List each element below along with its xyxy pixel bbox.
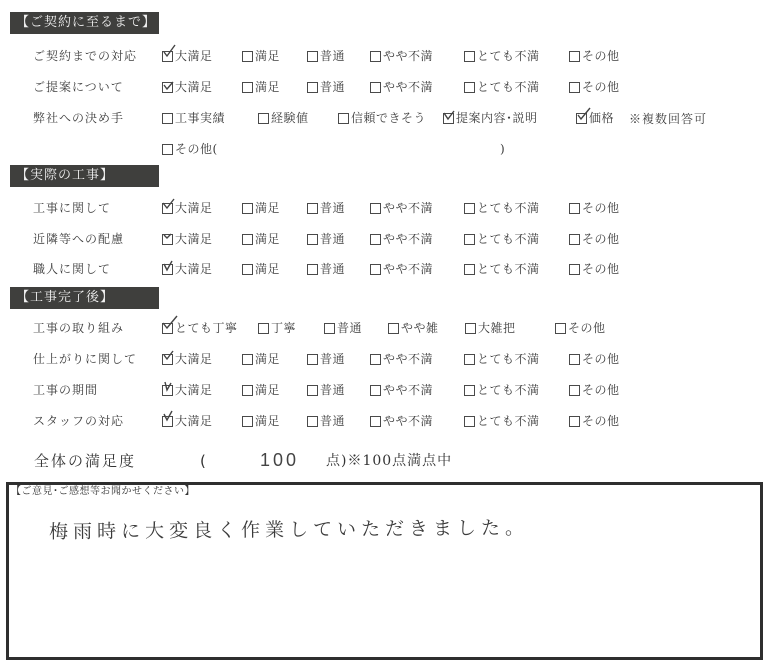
question-row-finish: 仕上がりに関して 大満足 満足 普通 やや不満 とても不満 その他 bbox=[0, 349, 768, 369]
question-row-proposal: ご提案について 大満足 満足 普通 やや不満 とても不満 その他 bbox=[0, 77, 768, 97]
checkbox-icon[interactable] bbox=[388, 323, 399, 334]
question-label: 工事の期間 bbox=[33, 380, 98, 400]
option-other[interactable]: その他 bbox=[569, 259, 620, 279]
option-satisfied[interactable]: 満足 bbox=[242, 77, 280, 97]
checkbox-icon[interactable] bbox=[338, 113, 349, 124]
option-normal[interactable]: 普通 bbox=[307, 259, 345, 279]
option-price[interactable]: 価格 bbox=[576, 108, 614, 128]
option-very-dissatisfied[interactable]: とても不満 bbox=[464, 380, 540, 400]
comments-title: 【ご意見･ご感想等お聞かせください】 bbox=[11, 485, 195, 499]
option-other[interactable]: その他 bbox=[569, 411, 620, 431]
option-other[interactable]: その他 bbox=[569, 380, 620, 400]
checkbox-icon[interactable] bbox=[370, 82, 381, 93]
option-very-dissatisfied[interactable]: とても不満 bbox=[464, 198, 540, 218]
checkbox-icon[interactable] bbox=[242, 203, 253, 214]
checkbox-checked-icon[interactable] bbox=[162, 354, 173, 365]
checkbox-icon[interactable] bbox=[307, 416, 318, 427]
checkbox-checked-icon[interactable] bbox=[162, 416, 173, 427]
option-somewhat-sloppy[interactable]: やや雑 bbox=[388, 318, 439, 338]
question-row-work-attitude: 工事の取り組み とても丁寧 丁寧 普通 やや雑 大雑把 その他 bbox=[0, 318, 768, 338]
comments-handwritten-text: 梅雨時に大変良く作業していただきました。 bbox=[49, 513, 529, 544]
option-proposal-explanation[interactable]: 提案内容･説明 bbox=[443, 108, 538, 128]
checkbox-icon[interactable] bbox=[370, 416, 381, 427]
checkbox-icon[interactable] bbox=[464, 354, 475, 365]
question-label: 工事に関して bbox=[33, 198, 111, 218]
section-header-after-completion: 【工事完了後】 bbox=[10, 287, 159, 309]
checkbox-icon[interactable] bbox=[307, 51, 318, 62]
checkbox-icon[interactable] bbox=[307, 354, 318, 365]
option-normal[interactable]: 普通 bbox=[307, 349, 345, 369]
checkbox-icon[interactable] bbox=[242, 354, 253, 365]
option-other[interactable]: その他 bbox=[569, 77, 620, 97]
checkbox-icon[interactable] bbox=[307, 82, 318, 93]
checkbox-icon[interactable] bbox=[307, 203, 318, 214]
checkbox-icon[interactable] bbox=[370, 385, 381, 396]
option-satisfied[interactable]: 満足 bbox=[242, 46, 280, 66]
option-very-careful[interactable]: とても丁寧 bbox=[162, 318, 238, 338]
checkbox-icon[interactable] bbox=[242, 234, 253, 245]
checkbox-icon[interactable] bbox=[242, 82, 253, 93]
question-row-contract-response: ご契約までの対応 大満足 満足 普通 やや不満 とても不満 その他 bbox=[0, 46, 768, 66]
option-very-satisfied[interactable]: 大満足 bbox=[162, 77, 213, 97]
question-label: スタッフの対応 bbox=[33, 411, 124, 431]
checkbox-icon[interactable] bbox=[465, 323, 476, 334]
section-header-actual-work: 【実際の工事】 bbox=[10, 165, 159, 187]
checkbox-icon[interactable] bbox=[370, 264, 381, 275]
checkbox-checked-icon[interactable] bbox=[576, 113, 587, 124]
option-somewhat-dissatisfied[interactable]: やや不満 bbox=[370, 259, 433, 279]
checkbox-icon[interactable] bbox=[569, 82, 580, 93]
option-very-satisfied[interactable]: 大満足 bbox=[162, 46, 213, 66]
question-label: ご提案について bbox=[33, 77, 124, 97]
option-very-satisfied[interactable]: 大満足 bbox=[162, 411, 213, 431]
checkbox-icon[interactable] bbox=[258, 323, 269, 334]
option-very-satisfied[interactable]: 大満足 bbox=[162, 198, 213, 218]
checkbox-icon[interactable] bbox=[324, 323, 335, 334]
checkbox-icon[interactable] bbox=[242, 385, 253, 396]
question-row-staff-response: スタッフの対応 大満足 満足 普通 やや不満 とても不満 その他 bbox=[0, 411, 768, 431]
section-header-before-contract: 【ご契約に至るまで】 bbox=[10, 12, 159, 34]
question-label: 近隣等への配慮 bbox=[33, 229, 124, 249]
option-very-satisfied[interactable]: 大満足 bbox=[162, 349, 213, 369]
option-normal[interactable]: 普通 bbox=[307, 229, 345, 249]
option-careful[interactable]: 丁寧 bbox=[258, 318, 296, 338]
question-row-craftsmen: 職人に関して 大満足 満足 普通 やや不満 とても不満 その他 bbox=[0, 259, 768, 279]
question-row-deciding-factor-other: その他( ) bbox=[0, 139, 768, 159]
question-label: 職人に関して bbox=[33, 259, 111, 279]
checkbox-icon[interactable] bbox=[555, 323, 566, 334]
option-very-satisfied[interactable]: 大満足 bbox=[162, 259, 213, 279]
other-close-paren: ) bbox=[500, 139, 505, 159]
option-somewhat-dissatisfied[interactable]: やや不満 bbox=[370, 77, 433, 97]
option-sloppy[interactable]: 大雑把 bbox=[465, 318, 516, 338]
option-experience[interactable]: 経験値 bbox=[258, 108, 309, 128]
option-other[interactable]: その他 bbox=[555, 318, 606, 338]
checkbox-checked-icon[interactable] bbox=[162, 385, 173, 396]
checkbox-icon[interactable] bbox=[370, 51, 381, 62]
option-satisfied[interactable]: 満足 bbox=[242, 229, 280, 249]
option-other[interactable]: その他 bbox=[569, 229, 620, 249]
checkbox-checked-icon[interactable] bbox=[162, 51, 173, 62]
checkbox-icon[interactable] bbox=[162, 113, 173, 124]
checkbox-icon[interactable] bbox=[464, 234, 475, 245]
option-somewhat-dissatisfied[interactable]: やや不満 bbox=[370, 411, 433, 431]
checkbox-icon[interactable] bbox=[258, 113, 269, 124]
option-somewhat-dissatisfied[interactable]: やや不満 bbox=[370, 229, 433, 249]
question-row-construction: 工事に関して 大満足 満足 普通 やや不満 とても不満 その他 bbox=[0, 198, 768, 218]
checkbox-icon[interactable] bbox=[464, 203, 475, 214]
checkbox-icon[interactable] bbox=[464, 385, 475, 396]
checkbox-icon[interactable] bbox=[242, 51, 253, 62]
option-very-satisfied[interactable]: 大満足 bbox=[162, 380, 213, 400]
checkbox-icon[interactable] bbox=[569, 354, 580, 365]
checkbox-icon[interactable] bbox=[569, 203, 580, 214]
comments-box[interactable]: 【ご意見･ご感想等お聞かせください】 梅雨時に大変良く作業していただきました。 bbox=[6, 482, 763, 660]
question-row-neighbor-consideration: 近隣等への配慮 大満足 満足 普通 やや不満 とても不満 その他 bbox=[0, 229, 768, 249]
option-satisfied[interactable]: 満足 bbox=[242, 349, 280, 369]
checkbox-checked-icon[interactable] bbox=[443, 113, 454, 124]
overall-score-field[interactable]: 100 bbox=[260, 448, 299, 472]
checkbox-icon[interactable] bbox=[569, 264, 580, 275]
option-track-record[interactable]: 工事実績 bbox=[162, 108, 225, 128]
checkbox-checked-icon[interactable] bbox=[162, 203, 173, 214]
option-other[interactable]: その他( bbox=[162, 139, 218, 159]
option-very-dissatisfied[interactable]: とても不満 bbox=[464, 229, 540, 249]
question-row-deciding-factor: 弊社への決め手 工事実績 経験値 信頼できそう 提案内容･説明 価格 ※複数回答… bbox=[0, 108, 768, 128]
checkbox-icon[interactable] bbox=[464, 416, 475, 427]
question-label: 仕上がりに関して bbox=[33, 349, 137, 369]
option-normal[interactable]: 普通 bbox=[307, 411, 345, 431]
option-very-dissatisfied[interactable]: とても不満 bbox=[464, 77, 540, 97]
overall-paren-open: ( bbox=[200, 449, 206, 473]
option-normal[interactable]: 普通 bbox=[307, 198, 345, 218]
option-very-dissatisfied[interactable]: とても不満 bbox=[464, 411, 540, 431]
option-normal[interactable]: 普通 bbox=[324, 318, 362, 338]
option-very-dissatisfied[interactable]: とても不満 bbox=[464, 46, 540, 66]
option-somewhat-dissatisfied[interactable]: やや不満 bbox=[370, 349, 433, 369]
option-satisfied[interactable]: 満足 bbox=[242, 198, 280, 218]
option-somewhat-dissatisfied[interactable]: やや不満 bbox=[370, 46, 433, 66]
overall-score-suffix: 点)※100点満点中 bbox=[326, 449, 452, 473]
checkbox-icon[interactable] bbox=[569, 385, 580, 396]
checkbox-icon[interactable] bbox=[464, 51, 475, 62]
checkbox-icon[interactable] bbox=[370, 234, 381, 245]
option-somewhat-dissatisfied[interactable]: やや不満 bbox=[370, 198, 433, 218]
checkbox-icon[interactable] bbox=[242, 264, 253, 275]
option-very-dissatisfied[interactable]: とても不満 bbox=[464, 349, 540, 369]
question-label: 弊社への決め手 bbox=[33, 108, 124, 128]
option-other[interactable]: その他 bbox=[569, 46, 620, 66]
checkbox-checked-icon[interactable] bbox=[162, 264, 173, 275]
checkbox-checked-icon[interactable] bbox=[162, 323, 173, 334]
checkbox-icon[interactable] bbox=[242, 416, 253, 427]
overall-label: 全体の満足度 bbox=[34, 449, 136, 473]
option-other[interactable]: その他 bbox=[569, 198, 620, 218]
checkbox-icon[interactable] bbox=[569, 234, 580, 245]
checkbox-icon[interactable] bbox=[370, 203, 381, 214]
checkbox-icon[interactable] bbox=[464, 264, 475, 275]
overall-satisfaction: 全体の満足度 ( 100 点)※100点満点中 bbox=[34, 449, 534, 473]
checkbox-checked-icon[interactable] bbox=[162, 234, 173, 245]
option-satisfied[interactable]: 満足 bbox=[242, 411, 280, 431]
checkbox-icon[interactable] bbox=[307, 264, 318, 275]
checkbox-icon[interactable] bbox=[307, 385, 318, 396]
checkbox-icon[interactable] bbox=[162, 144, 173, 155]
multiple-answers-note: ※複数回答可 bbox=[629, 108, 707, 128]
option-normal[interactable]: 普通 bbox=[307, 380, 345, 400]
checkbox-icon[interactable] bbox=[370, 354, 381, 365]
question-label: 工事の取り組み bbox=[33, 318, 124, 338]
option-other[interactable]: その他 bbox=[569, 349, 620, 369]
checkbox-icon[interactable] bbox=[307, 234, 318, 245]
option-very-satisfied[interactable]: 大満足 bbox=[162, 229, 213, 249]
checkbox-icon[interactable] bbox=[464, 82, 475, 93]
question-row-duration: 工事の期間 大満足 満足 普通 やや不満 とても不満 その他 bbox=[0, 380, 768, 400]
checkbox-checked-icon[interactable] bbox=[162, 82, 173, 93]
checkbox-icon[interactable] bbox=[569, 416, 580, 427]
option-trustworthy[interactable]: 信頼できそう bbox=[338, 108, 426, 128]
question-label: ご契約までの対応 bbox=[33, 46, 137, 66]
option-satisfied[interactable]: 満足 bbox=[242, 380, 280, 400]
option-normal[interactable]: 普通 bbox=[307, 46, 345, 66]
option-somewhat-dissatisfied[interactable]: やや不満 bbox=[370, 380, 433, 400]
checkbox-icon[interactable] bbox=[569, 51, 580, 62]
option-very-dissatisfied[interactable]: とても不満 bbox=[464, 259, 540, 279]
option-normal[interactable]: 普通 bbox=[307, 77, 345, 97]
option-satisfied[interactable]: 満足 bbox=[242, 259, 280, 279]
